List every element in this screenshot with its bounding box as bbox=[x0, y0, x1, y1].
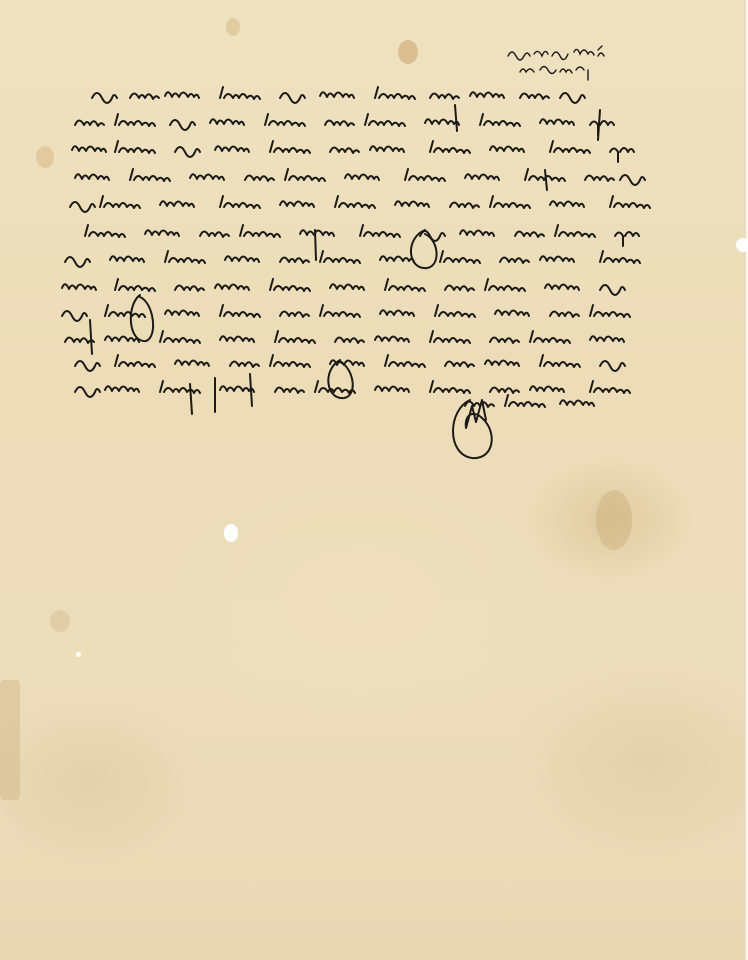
stain bbox=[0, 680, 20, 800]
paper-hole bbox=[224, 524, 238, 542]
stain bbox=[596, 490, 632, 550]
paper-hole bbox=[76, 652, 81, 657]
letter-body bbox=[0, 0, 748, 480]
stain bbox=[50, 610, 70, 632]
